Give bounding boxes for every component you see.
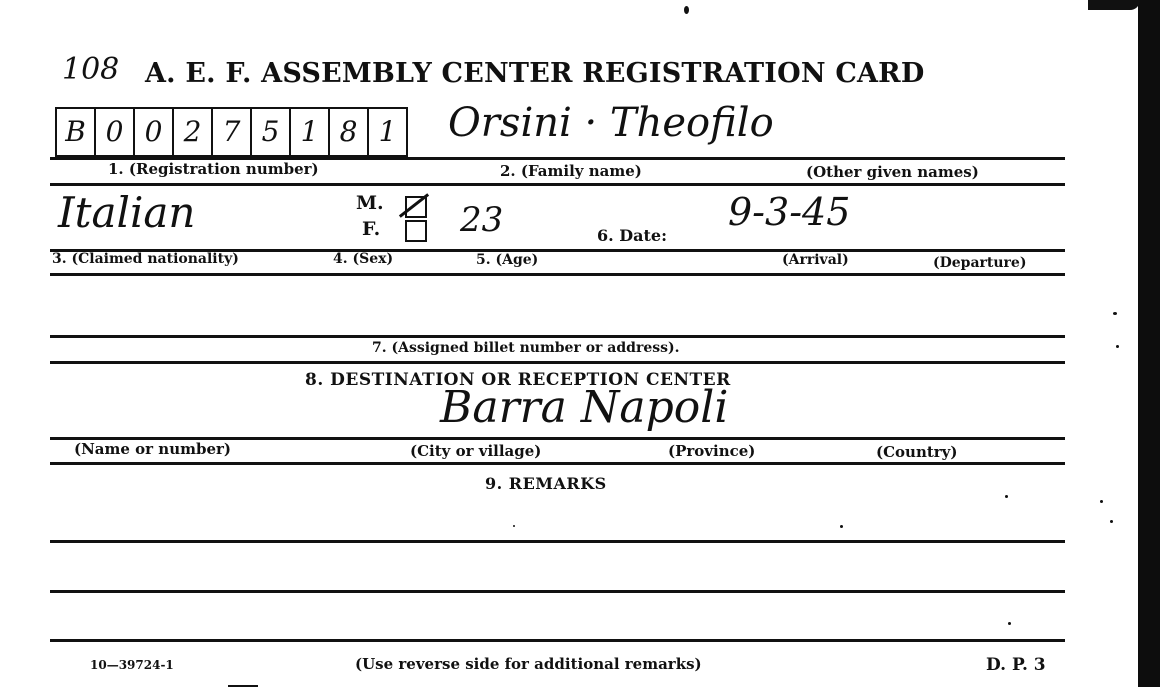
reg-digit: 2 <box>174 109 213 155</box>
speck <box>1116 345 1119 348</box>
rule <box>50 273 1065 276</box>
family-name-value[interactable]: Orsini · Theofilo <box>448 100 774 146</box>
destination-value[interactable]: Barra Napoli <box>440 382 728 433</box>
registration-card: 108 A. E. F. ASSEMBLY CENTER REGISTRATIO… <box>0 0 1160 687</box>
card-title: A. E. F. ASSEMBLY CENTER REGISTRATION CA… <box>145 58 924 89</box>
other-given-names-label: (Other given names) <box>806 163 979 181</box>
name-or-number-label: (Name or number) <box>74 440 231 458</box>
remarks-heading: 9. REMARKS <box>485 474 607 493</box>
reg-digit: 1 <box>369 109 406 155</box>
registration-number-label: 1. (Registration number) <box>108 160 319 178</box>
nationality-label: 3. (Claimed nationality) <box>52 251 239 267</box>
speck <box>1005 495 1008 498</box>
age-value[interactable]: 23 <box>460 200 503 240</box>
scan-edge <box>1138 0 1160 687</box>
billet-label: 7. (Assigned billet number or address). <box>372 340 680 356</box>
speck <box>1008 622 1011 625</box>
speck <box>684 6 689 14</box>
reg-digit: 1 <box>291 109 330 155</box>
reg-digit: B <box>57 109 96 155</box>
city-label: (City or village) <box>410 442 541 460</box>
sex-label: 4. (Sex) <box>333 251 393 267</box>
reg-digit: 7 <box>213 109 252 155</box>
form-number: 10—39724-1 <box>90 658 174 672</box>
rule <box>50 183 1065 186</box>
handwritten-serial: 108 <box>62 52 119 87</box>
reg-digit: 0 <box>135 109 174 155</box>
form-code: D. P. 3 <box>986 655 1046 675</box>
speck <box>1100 500 1103 503</box>
nationality-value[interactable]: Italian <box>58 188 195 237</box>
sex-f-checkbox[interactable] <box>405 220 427 242</box>
rule <box>50 361 1065 364</box>
province-label: (Province) <box>668 442 755 460</box>
country-label: (Country) <box>876 443 958 461</box>
departure-label: (Departure) <box>933 255 1026 271</box>
scan-edge-corner <box>1088 0 1140 10</box>
remarks-line-2[interactable] <box>50 590 1065 593</box>
reg-digit: 8 <box>330 109 369 155</box>
arrival-date-value[interactable]: 9-3-45 <box>728 190 850 234</box>
speck <box>1113 312 1117 315</box>
arrival-label: (Arrival) <box>782 252 849 268</box>
date-label: 6. Date: <box>597 226 667 245</box>
speck <box>1110 520 1113 523</box>
rule <box>50 462 1065 465</box>
sex-f-label: F. <box>362 218 380 240</box>
age-label: 5. (Age) <box>476 252 538 268</box>
reg-digit: 0 <box>96 109 135 155</box>
speck <box>513 525 515 527</box>
family-name-label: 2. (Family name) <box>500 162 642 180</box>
billet-line[interactable] <box>50 335 1065 338</box>
reg-digit: 5 <box>252 109 291 155</box>
remarks-line-3[interactable] <box>50 639 1065 642</box>
sex-m-label: M. <box>356 192 384 214</box>
footer-note: (Use reverse side for additional remarks… <box>355 655 702 673</box>
speck <box>840 525 843 528</box>
registration-number-boxes[interactable]: B 0 0 2 7 5 1 8 1 <box>55 107 408 157</box>
remarks-line-1[interactable] <box>50 540 1065 543</box>
